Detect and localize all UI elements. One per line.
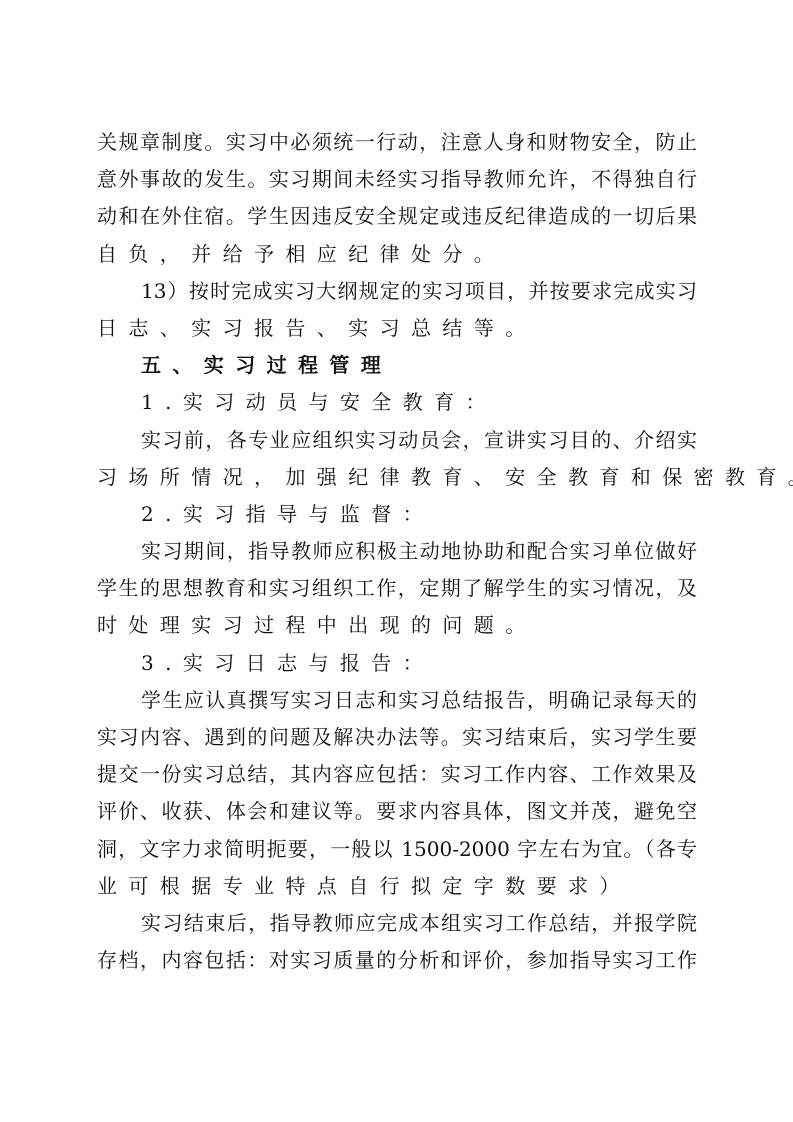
text-line: 业可根据专业特点自行拟定字数要求） bbox=[97, 868, 697, 905]
document-page: 关规章制度。实习中必须统一行动，注意人身和财物安全，防止 意外事故的发生。实习期… bbox=[97, 124, 697, 979]
list-item-13: 13）按时完成实习大纲规定的实习项目，并按要求完成实习 bbox=[97, 273, 697, 310]
text-line: 自负，并给予相应纪律处分。 bbox=[97, 236, 697, 273]
text-line: 实习前，各专业应组织实习动员会，宣讲实习目的、介绍实 bbox=[97, 422, 697, 459]
text-line: 学生的思想教育和实习组织工作，定期了解学生的实习情况，及 bbox=[97, 570, 697, 607]
text-line: 实习期间，指导教师应积极主动地协助和配合实习单位做好 bbox=[97, 533, 697, 570]
subsection-heading-3: 3.实习日志与报告： bbox=[97, 645, 697, 682]
text-line: 动和在外住宿。学生因违反安全规定或违反纪律造成的一切后果 bbox=[97, 198, 697, 235]
section-heading: 五、实习过程管理 bbox=[97, 347, 697, 384]
text-line: 实习内容、遇到的问题及解决办法等。实习结束后，实习学生要 bbox=[97, 719, 697, 756]
text-line: 习场所情况，加强纪律教育、安全教育和保密教育。 bbox=[97, 459, 697, 496]
text-line: 评价、收获、体会和建议等。要求内容具体，图文并茂，避免空 bbox=[97, 793, 697, 830]
text-line: 提交一份实习总结，其内容应包括：实习工作内容、工作效果及 bbox=[97, 756, 697, 793]
text-line: 洞，文字力求简明扼要，一般以 1500-2000 字左右为宜。（各专 bbox=[97, 831, 697, 868]
text-line: 日志、实习报告、实习总结等。 bbox=[97, 310, 697, 347]
text-line: 实习结束后，指导教师应完成本组实习工作总结，并报学院 bbox=[97, 905, 697, 942]
text-line: 意外事故的发生。实习期间未经实习指导教师允许，不得独自行 bbox=[97, 161, 697, 198]
text-line: 关规章制度。实习中必须统一行动，注意人身和财物安全，防止 bbox=[97, 124, 697, 161]
text-line: 时处理实习过程中出现的问题。 bbox=[97, 607, 697, 644]
text-line: 学生应认真撰写实习日志和实习总结报告，明确记录每天的 bbox=[97, 682, 697, 719]
subsection-heading-2: 2.实习指导与监督： bbox=[97, 496, 697, 533]
text-line: 存档，内容包括：对实习质量的分析和评价，参加指导实习工作 bbox=[97, 942, 697, 979]
subsection-heading-1: 1.实习动员与安全教育： bbox=[97, 384, 697, 421]
